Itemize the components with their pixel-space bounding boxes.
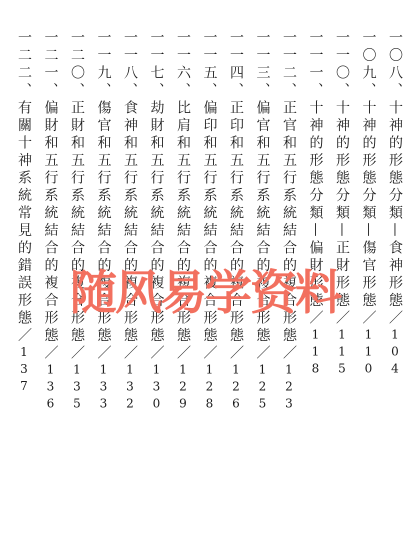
entry-page-slash: ／ — [43, 345, 59, 363]
toc-entry: 一二二、有關十神系統常見的錯誤形態／137 — [11, 30, 38, 500]
entry-page-number: 123 — [282, 363, 296, 414]
entry-index: 一一五、 — [202, 30, 218, 100]
entry-page-number: 133 — [97, 363, 111, 414]
entry-page-slash: ／ — [16, 328, 32, 346]
entry-page-slash: ／ — [122, 345, 138, 363]
entry-page-slash: ／ — [202, 345, 218, 363]
entry-title: 十神的形態分類—傷官形態 — [361, 100, 377, 310]
entry-index: 一一二、 — [281, 30, 297, 100]
entry-index: 一一〇、 — [334, 30, 350, 100]
entry-index: 一一八、 — [122, 30, 138, 100]
entry-page-slash: ／ — [69, 345, 85, 363]
entry-index: 一一三、 — [255, 30, 271, 100]
entry-page-number: 132 — [123, 363, 137, 414]
entry-page-slash: ／ — [175, 345, 191, 363]
entry-page-number: 136 — [44, 363, 58, 414]
entry-page-slash: ／ — [149, 345, 165, 363]
entry-index: 一一七、 — [149, 30, 165, 100]
entry-page-number: 115 — [335, 328, 349, 379]
entry-page-number: 110 — [362, 328, 376, 379]
entry-index: 一二二、 — [16, 30, 32, 100]
entry-page-slash: ／ — [96, 345, 112, 363]
entry-page-slash: ／ — [255, 345, 271, 363]
entry-page-number: 129 — [176, 363, 190, 414]
entry-page-number: 130 — [150, 363, 164, 414]
entry-index: 一〇九、 — [361, 30, 377, 100]
watermark-text: 随风易学资料 — [70, 256, 340, 323]
entry-title: 偏財和五行系統結合的複合形態 — [43, 100, 59, 345]
entry-index: 一一四、 — [228, 30, 244, 100]
entry-title: 十神的形態分類—食神形態 — [387, 100, 403, 310]
entry-page-number: 137 — [17, 345, 31, 396]
entry-title: 有關十神系統常見的錯誤形態 — [16, 100, 32, 328]
entry-index: 一一九、 — [96, 30, 112, 100]
entry-page-number: 118 — [309, 328, 323, 379]
book-toc-page: 一〇八、十神的形態分類—食神形態／104一〇九、十神的形態分類—傷官形態／110… — [0, 0, 417, 559]
entry-index: 一一一、 — [308, 30, 324, 100]
toc-entry: 一〇八、十神的形態分類—食神形態／104 — [382, 30, 409, 500]
entry-index: 一〇八、 — [387, 30, 403, 100]
toc-entry: 一〇九、十神的形態分類—傷官形態／110 — [355, 30, 382, 500]
entry-page-slash: ／ — [387, 310, 403, 328]
entry-page-slash: ／ — [361, 310, 377, 328]
entry-page-slash: ／ — [281, 345, 297, 363]
entry-page-slash: ／ — [228, 345, 244, 363]
entry-page-number: 135 — [70, 363, 84, 414]
entry-page-number: 126 — [229, 363, 243, 414]
toc-entry: 一二一、偏財和五行系統結合的複合形態／136 — [37, 30, 64, 500]
entry-index: 一二〇、 — [69, 30, 85, 100]
entry-page-number: 128 — [203, 363, 217, 414]
entry-page-number: 104 — [388, 328, 402, 379]
entry-index: 一一六、 — [175, 30, 191, 100]
entry-index: 一二一、 — [43, 30, 59, 100]
entry-page-number: 125 — [256, 363, 270, 414]
